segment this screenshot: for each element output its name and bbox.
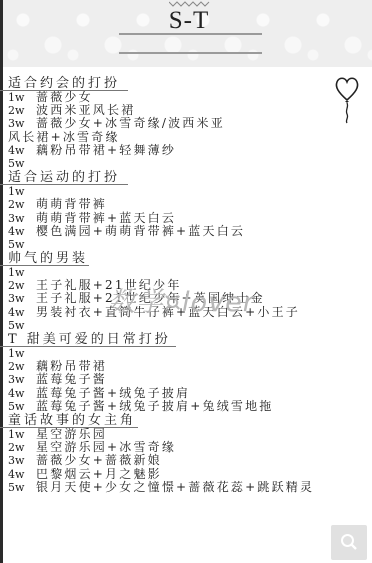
- list-item: 4w藕粉吊带裙+轻舞薄纱: [8, 144, 368, 157]
- section-title: 适合运动的打扮: [8, 170, 368, 185]
- section-title-label: T 甜美可爱的日常打扮: [8, 332, 171, 347]
- list-item: 5w: [8, 238, 368, 251]
- outfit-combo: 萌萌背带裤+蓝天白云: [36, 211, 176, 225]
- outfit-combo: 萌萌背带裤: [36, 197, 107, 211]
- outfit-combo: 樱色满园+萌萌背带裤+蓝天白云: [36, 224, 245, 238]
- level-label: 4w: [8, 225, 36, 238]
- outfit-combo: 蔷薇少女+蔷薇新娘: [36, 453, 162, 467]
- level-label: 2w: [8, 104, 36, 117]
- magnifier-icon: [340, 533, 358, 551]
- level-label: 4w: [8, 468, 36, 481]
- watermark: 数学¤lover: [108, 280, 255, 319]
- level-label: 5w: [8, 400, 36, 413]
- level-label: 5w: [8, 238, 36, 251]
- level-label: 2w: [8, 360, 36, 373]
- title-rule-bottom: [119, 52, 262, 54]
- outfit-combo: 银月天使+少女之憧憬+蔷薇花蕊+跳跃精灵: [36, 480, 314, 494]
- page-title: S-T: [3, 7, 372, 35]
- section-underline: [0, 346, 176, 347]
- outfit-combo: 巴黎烟云+月之魅影: [36, 467, 162, 481]
- level-label: 5w: [8, 157, 36, 170]
- zoom-button[interactable]: [331, 525, 367, 560]
- level-label: 4w: [8, 387, 36, 400]
- level-label: 3w: [8, 373, 36, 386]
- section-underline: [0, 427, 138, 428]
- level-label: 1w: [8, 428, 36, 441]
- list-item: 4w樱色满园+萌萌背带裤+蓝天白云: [8, 225, 368, 238]
- outfit-combo: 蔷薇少女+冰雪奇缘/波西米亚: [36, 116, 225, 130]
- section-title-label: 童话故事的女主角: [8, 413, 136, 428]
- list-item: 5w蓝莓兔子酱+绒兔子披肩+兔绒雪地拖: [8, 400, 368, 413]
- section-underline: [0, 90, 128, 91]
- section-title: T 甜美可爱的日常打扮: [8, 332, 368, 347]
- section-title: 童话故事的女主角: [8, 413, 368, 428]
- outfit-combo: 藕粉吊带裙+轻舞薄纱: [36, 143, 176, 157]
- section-underline: [0, 265, 89, 266]
- level-label: 4w: [8, 144, 36, 157]
- level-label: 3w: [8, 454, 36, 467]
- level-label: 1w: [8, 347, 36, 360]
- left-border: [0, 0, 3, 563]
- outfit-combo: 风长裙+冰雪奇缘: [8, 130, 120, 144]
- level-label: 5w: [8, 481, 36, 494]
- level-label: 1w: [8, 266, 36, 279]
- level-label: 3w: [8, 292, 36, 305]
- list-item: 5w银月天使+少女之憧憬+蔷薇花蕊+跳跃精灵: [8, 481, 368, 494]
- level-label: 2w: [8, 441, 36, 454]
- level-label: 5w: [8, 319, 36, 332]
- list-item: 5w: [8, 319, 368, 332]
- level-label: 4w: [8, 306, 36, 319]
- outfit-combo: 蓝莓兔子酱+绒兔子披肩: [36, 386, 190, 400]
- section-title-label: 适合运动的打扮: [8, 170, 120, 185]
- list-item: 5w: [8, 157, 368, 170]
- level-label: 3w: [8, 212, 36, 225]
- section-title: 帅气的男装: [8, 251, 368, 266]
- section-underline: [0, 184, 128, 185]
- section-title: 适合约会的打扮: [8, 76, 368, 91]
- header-banner: S-T: [3, 0, 372, 67]
- outfit-combo: 星空游乐园: [36, 427, 107, 441]
- outfit-combo: 蓝莓兔子酱+绒兔子披肩+兔绒雪地拖: [36, 399, 274, 413]
- outfit-combo: 蓝莓兔子酱: [36, 372, 107, 386]
- title-rule-top: [119, 33, 262, 35]
- level-label: 1w: [8, 91, 36, 104]
- section-title-label: 帅气的男装: [8, 251, 88, 266]
- section-title-label: 适合约会的打扮: [8, 76, 120, 91]
- level-label: 2w: [8, 198, 36, 211]
- level-label: 1w: [8, 185, 36, 198]
- level-label: 2w: [8, 279, 36, 292]
- outfit-combo: 蔷薇少女: [36, 90, 93, 104]
